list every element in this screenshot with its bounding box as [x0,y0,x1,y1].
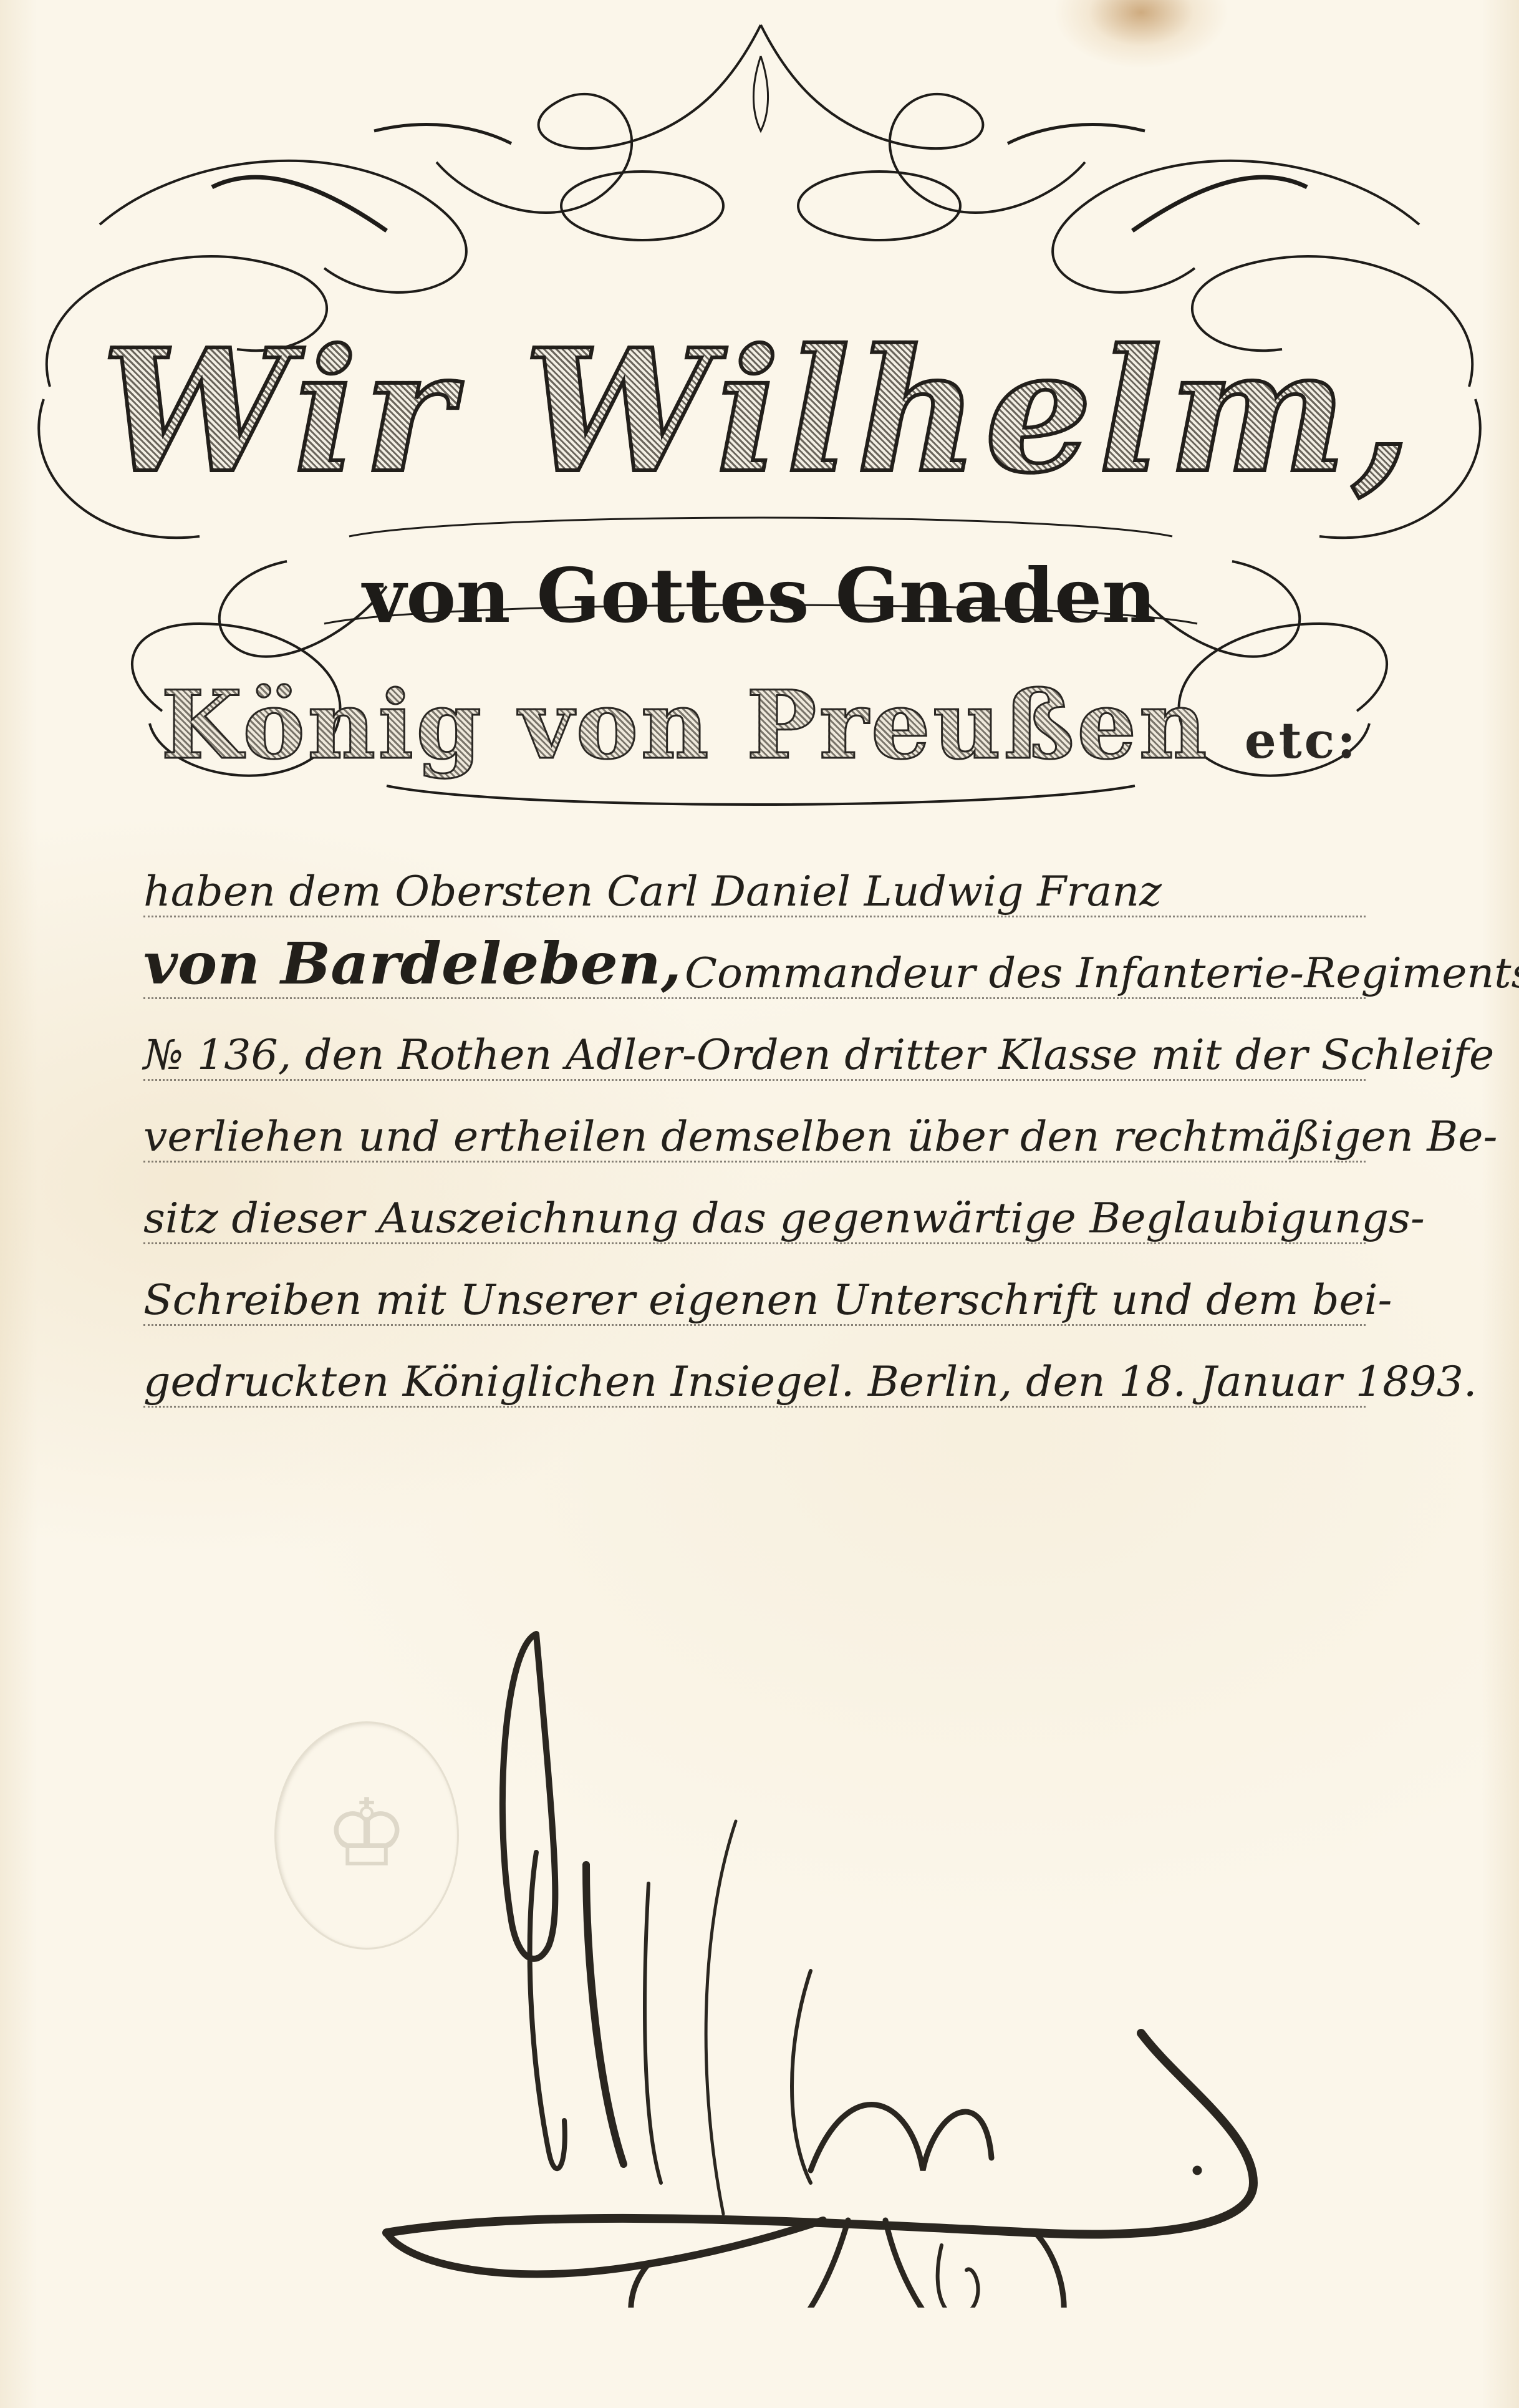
document-header: Wir Wilhelm, von Gottes Gnaden König von… [0,0,1519,823]
title-etc: etc: [1245,711,1358,770]
title-koenig-text: König von Preußen [161,670,1210,780]
body-line-text: haben dem Obersten Carl Daniel Ludwig Fr… [143,868,1162,916]
signature-wilhelm-ir [349,1622,1472,2308]
body-line-text: Schreiben mit Unserer eigenen Unterschri… [143,1276,1392,1324]
body-line-4: verliehen und ertheilen demselben über d… [143,1081,1366,1163]
body-line-5: sitz dieser Auszeichnung das gegenwärtig… [143,1163,1366,1244]
body-line-1: haben dem Obersten Carl Daniel Ludwig Fr… [143,836,1366,917]
body-line-text: verliehen und ertheilen demselben über d… [143,1113,1497,1161]
title-koenig-von-preussen: König von Preußen etc: [0,670,1519,780]
body-line-6: Schreiben mit Unserer eigenen Unterschri… [143,1244,1366,1326]
body-line-7: gedruckten Königlichen Insiegel. Berlin,… [143,1326,1366,1408]
certificate-body: haben dem Obersten Carl Daniel Ludwig Fr… [143,836,1366,1408]
body-line-3: № 136, den Rothen Adler-Orden dritter Kl… [143,999,1366,1081]
title-wir-wilhelm: Wir Wilhelm, [0,312,1519,510]
recipient-name: von Bardeleben, [143,930,682,997]
body-line-text: Commandeur des Infanterie-Regiments [685,949,1519,997]
body-line-text: № 136, den Rothen Adler-Orden dritter Kl… [143,1031,1494,1079]
body-line-text: gedruckten Königlichen Insiegel. Berlin,… [143,1358,1477,1406]
title-von-gottes-gnaden: von Gottes Gnaden [0,552,1519,640]
body-line-text: sitz dieser Auszeichnung das gegenwärtig… [143,1194,1425,1242]
body-line-2: von Bardeleben, Commandeur des Infanteri… [143,917,1366,999]
